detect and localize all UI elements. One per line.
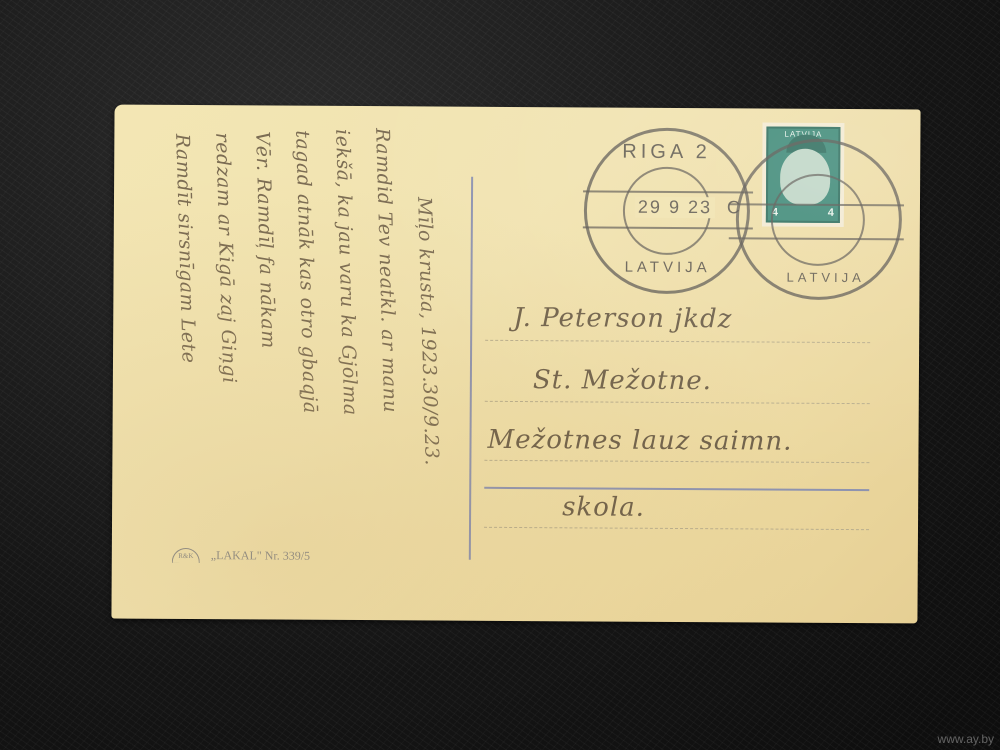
address-school: skola. [562, 492, 645, 523]
postmark-riga-2: RIGA 2 29 9 23 C LATVIJA [583, 127, 750, 294]
postmark-over-stamp: LATVIJA [735, 138, 902, 300]
watermark: www.ay.by [938, 732, 994, 746]
center-divider [469, 177, 473, 560]
address-line-rule [484, 527, 869, 530]
address-station: St. Mežotne. [533, 365, 712, 396]
address-line-rule [485, 340, 870, 343]
publisher-imprint: R&K „LAKAL" Nr. 339/5 [172, 548, 310, 564]
postmark-date: 29 9 23 [635, 197, 715, 218]
address-line-rule [485, 401, 870, 404]
postmark-country: LATVIJA [786, 270, 864, 285]
message-line: Mīļo krusta, 1923.30/9.23. [413, 196, 443, 466]
publisher-logo-icon: R&K [172, 548, 200, 563]
address-name: J. Peterson jkdz [513, 303, 732, 334]
series-name: „LAKAL" [211, 548, 262, 562]
message-line: Vēr. Ramdīļ fa nākam [251, 131, 279, 349]
address-underline [484, 487, 869, 491]
postcard: Mīļo krusta, 1923.30/9.23. Ramdid Tev ne… [111, 105, 920, 624]
address-line-rule [484, 460, 869, 463]
card-number: 339/5 [283, 549, 310, 563]
message-line: tagad atnāk kas otro gbaqjā [291, 130, 321, 414]
message-line: iekšā, ka jau varu ka Gjōlma [331, 129, 361, 416]
message-line: redzam ar Kigā zaj Giņgi [211, 132, 240, 384]
message-line: Ramdid Tev neatkl. ar manu [371, 128, 401, 414]
address-institution: Mežotnes lauz saimn. [487, 425, 792, 457]
number-label: Nr. [265, 548, 280, 562]
postmark-city: RIGA 2 [622, 141, 711, 165]
message-line: Ramdīt sirsnīgam Lete [171, 133, 200, 363]
postmark-country: LATVIJA [625, 259, 711, 277]
